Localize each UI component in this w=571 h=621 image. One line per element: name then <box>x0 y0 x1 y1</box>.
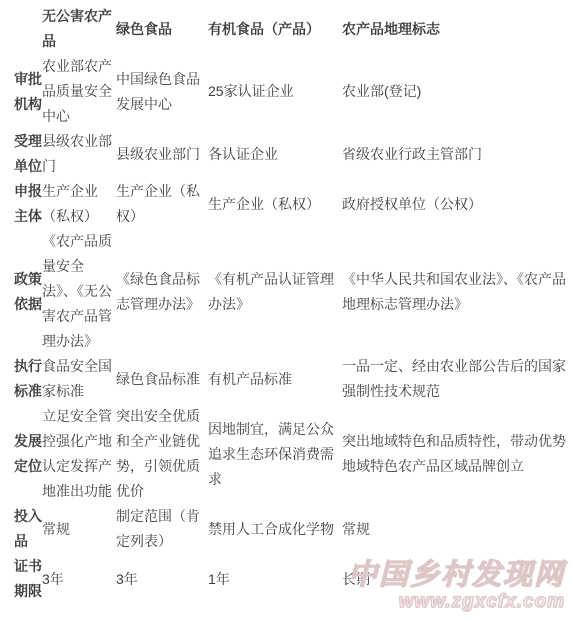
table-cell: 1年 <box>208 554 342 604</box>
table-cell: 立足安全管控强化产地认定发挥产地准出功能 <box>42 404 116 504</box>
table-cell: 县级农业部门 <box>42 129 116 179</box>
table-row: 投入品 常规 制定范围（肯定列表） 禁用人工合成化学物 常规 <box>14 504 571 554</box>
table-cell: 《绿色食品标志管理办法》 <box>116 229 208 354</box>
row-label: 受理单位 <box>14 129 42 179</box>
table-row: 发展定位 立足安全管控强化产地认定发挥产地准出功能 突出安全优质和全产业链优势，… <box>14 404 571 504</box>
table-cell: 突出地域特色和品质特性，带动优势地域特色农产品区域品牌创立 <box>342 404 571 504</box>
certification-comparison-table: 无公害农产品 绿色食品 有机食品（产品） 农产品地理标志 审批机构 农业部农产品… <box>14 4 571 604</box>
table-cell: 省级农业行政主管部门 <box>342 129 571 179</box>
header-row: 无公害农产品 绿色食品 有机食品（产品） 农产品地理标志 <box>14 4 571 54</box>
watermark-site-url: www.zgxcfx.com <box>348 592 565 613</box>
table-cell: 生产企业（私权） <box>208 179 342 229</box>
table-cell: 政府授权单位（公权） <box>342 179 571 229</box>
table-cell: 常规 <box>342 504 571 554</box>
row-label: 审批机构 <box>14 54 42 129</box>
table-cell: 《农产品质量安全法》、《无公害农产品管理办法》 <box>42 229 116 354</box>
article-content: 无公害农产品 绿色食品 有机食品（产品） 农产品地理标志 审批机构 农业部农产品… <box>0 0 571 604</box>
table-cell: 绿色食品标准 <box>116 354 208 404</box>
column-header-lvse: 绿色食品 <box>116 4 208 54</box>
table-cell: 3年 <box>116 554 208 604</box>
table-cell: 生产企业（私权） <box>42 179 116 229</box>
table-row: 审批机构 农业部农产品质量安全中心 中国绿色食品发展中心 25家认证企业 农业部… <box>14 54 571 129</box>
corner-header-cell <box>14 4 42 54</box>
watermark-site-name: 中国乡村发现网 <box>348 560 565 592</box>
table-cell: 《中华人民共和国农业法》、《农产品地理标志管理办法》 <box>342 229 571 354</box>
site-watermark: 中国乡村发现网 www.zgxcfx.com <box>348 560 565 613</box>
table-row: 申报主体 生产企业（私权） 生产企业（私权） 生产企业（私权） 政府授权单位（公… <box>14 179 571 229</box>
table-cell: 一品一定、经由农业部公告后的国家强制性技术规范 <box>342 354 571 404</box>
table-cell: 《有机产品认证管理办法》 <box>208 229 342 354</box>
table-cell: 各认证企业 <box>208 129 342 179</box>
column-header-youji: 有机食品（产品） <box>208 4 342 54</box>
table-cell: 因地制宜，满足公众追求生态环保消费需求 <box>208 404 342 504</box>
row-label: 政策依据 <box>14 229 42 354</box>
row-label: 投入品 <box>14 504 42 554</box>
table-cell: 常规 <box>42 504 116 554</box>
row-label: 发展定位 <box>14 404 42 504</box>
row-label: 证书期限 <box>14 554 42 604</box>
table-row: 政策依据 《农产品质量安全法》、《无公害农产品管理办法》 《绿色食品标志管理办法… <box>14 229 571 354</box>
table-cell: 农业部农产品质量安全中心 <box>42 54 116 129</box>
table-cell: 农业部(登记) <box>342 54 571 129</box>
table-row: 受理单位 县级农业部门 县级农业部门 各认证企业 省级农业行政主管部门 <box>14 129 571 179</box>
table-cell: 生产企业（私权） <box>116 179 208 229</box>
table-cell: 禁用人工合成化学物 <box>208 504 342 554</box>
table-cell: 3年 <box>42 554 116 604</box>
column-header-wugonghai: 无公害农产品 <box>42 4 116 54</box>
table-cell: 有机产品标准 <box>208 354 342 404</box>
table-cell: 突出安全优质和全产业链优势，引领优质优价 <box>116 404 208 504</box>
table-row: 执行标准 食品安全国家标准 绿色食品标准 有机产品标准 一品一定、经由农业部公告… <box>14 354 571 404</box>
table-cell: 25家认证企业 <box>208 54 342 129</box>
column-header-dilibiaozhi: 农产品地理标志 <box>342 4 571 54</box>
row-label: 申报主体 <box>14 179 42 229</box>
table-cell: 食品安全国家标准 <box>42 354 116 404</box>
table-cell: 制定范围（肯定列表） <box>116 504 208 554</box>
row-label: 执行标准 <box>14 354 42 404</box>
table-cell: 县级农业部门 <box>116 129 208 179</box>
table-cell: 中国绿色食品发展中心 <box>116 54 208 129</box>
